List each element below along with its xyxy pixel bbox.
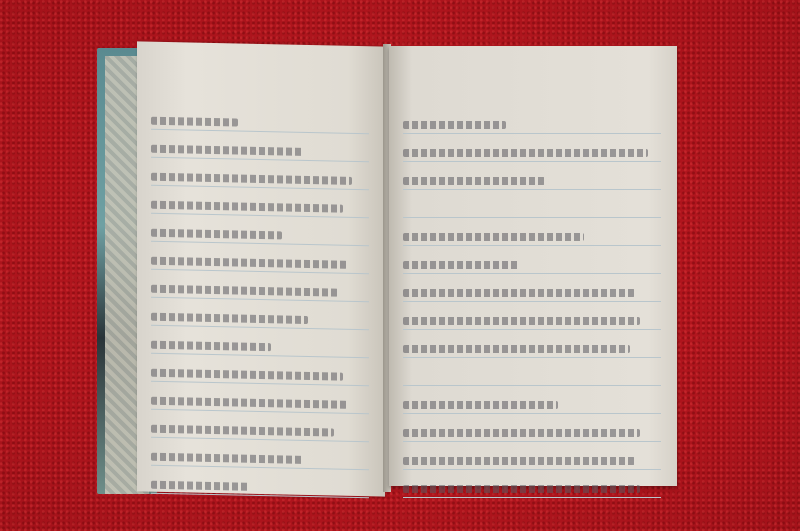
right-page (389, 46, 677, 486)
ruled-line (403, 106, 661, 134)
ruled-line (403, 330, 661, 358)
ruled-line (151, 438, 369, 471)
ruled-line (151, 214, 369, 247)
handwritten-text (151, 341, 271, 352)
ruled-line (403, 442, 661, 470)
ruled-line (151, 382, 369, 415)
handwritten-text (151, 117, 238, 127)
ruled-line (403, 358, 661, 386)
ruled-line (403, 274, 661, 302)
handwritten-text (403, 177, 545, 185)
left-page (137, 41, 385, 496)
handwritten-text (151, 425, 334, 437)
ruled-line (403, 218, 661, 246)
ruled-line (151, 158, 369, 191)
ruled-line (403, 386, 661, 414)
ruled-line (151, 186, 369, 219)
ruled-line (151, 410, 369, 443)
handwritten-text (151, 453, 304, 464)
ruled-line (151, 466, 369, 499)
ruled-line (151, 270, 369, 303)
right-handwriting (403, 106, 661, 446)
handwritten-text (403, 429, 640, 437)
left-handwriting (151, 102, 369, 457)
handwritten-text (151, 201, 343, 213)
ruled-line (403, 246, 661, 274)
handwritten-text (403, 233, 584, 241)
handwritten-text (151, 173, 352, 185)
ruled-line (403, 414, 661, 442)
ruled-line (151, 354, 369, 387)
ruled-line (403, 190, 661, 218)
handwritten-text (151, 369, 343, 381)
handwritten-text (151, 257, 347, 269)
ruled-line (151, 326, 369, 359)
ruled-line (403, 162, 661, 190)
handwritten-text (151, 145, 304, 156)
handwritten-text (403, 289, 635, 297)
handwritten-text (403, 485, 640, 493)
handwritten-text (403, 149, 648, 157)
handwritten-text (403, 401, 558, 409)
handwritten-text (403, 457, 635, 465)
handwritten-text (403, 261, 519, 269)
handwritten-text (151, 313, 308, 324)
ruled-line (151, 102, 369, 135)
ruled-line (151, 242, 369, 275)
handwritten-text (403, 317, 640, 325)
ruled-line (403, 302, 661, 330)
open-notebook (97, 44, 679, 496)
handwritten-text (151, 481, 249, 491)
ruled-line (151, 298, 369, 331)
ruled-line (151, 130, 369, 163)
handwritten-text (151, 397, 347, 409)
handwritten-text (403, 345, 630, 353)
ruled-line (403, 134, 661, 162)
handwritten-text (151, 285, 338, 297)
handwritten-text (403, 121, 506, 129)
ruled-line (403, 470, 661, 498)
handwritten-text (151, 229, 282, 240)
